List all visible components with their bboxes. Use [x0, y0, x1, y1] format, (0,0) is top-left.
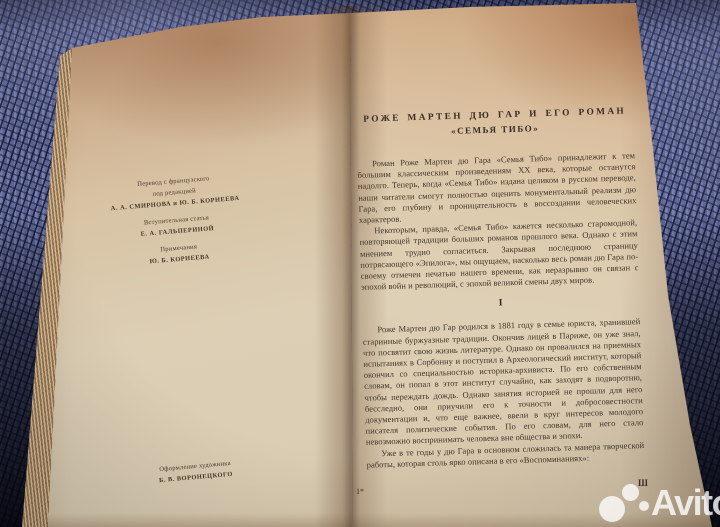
section-number: I [361, 294, 639, 315]
avito-wordmark: Avito [651, 483, 720, 523]
book-photo-scene: Перевод с французского под редакцией А. … [0, 0, 720, 527]
paragraph: Роже Мартен дю Гар родился в 1881 году в… [362, 317, 644, 449]
avito-logo-circle-icon [599, 496, 625, 522]
avito-logo-circle-icon [622, 484, 639, 501]
paragraph: Роман Роже Мартен дю Гара «Семья Тибо» п… [357, 150, 637, 226]
book-gutter-shadow [314, 6, 388, 527]
paragraph: Некоторым, правда, «Семья Тибо» кажется … [359, 217, 639, 293]
artist-credit-block: Оформление художника Б. В. ВОРОНЕЦКОГО [127, 455, 263, 489]
open-book: Перевод с французского под редакцией А. … [0, 0, 720, 527]
introduction-text-column: РОЖЕ МАРТЕН ДЮ ГАР И ЕГО РОМАН «СЕМЬЯ ТИ… [352, 0, 646, 527]
avito-watermark: Avito [575, 478, 720, 527]
edition-credits-block: Перевод с французского под редакцией А. … [91, 170, 263, 272]
avito-logo-circle-icon [639, 501, 649, 511]
